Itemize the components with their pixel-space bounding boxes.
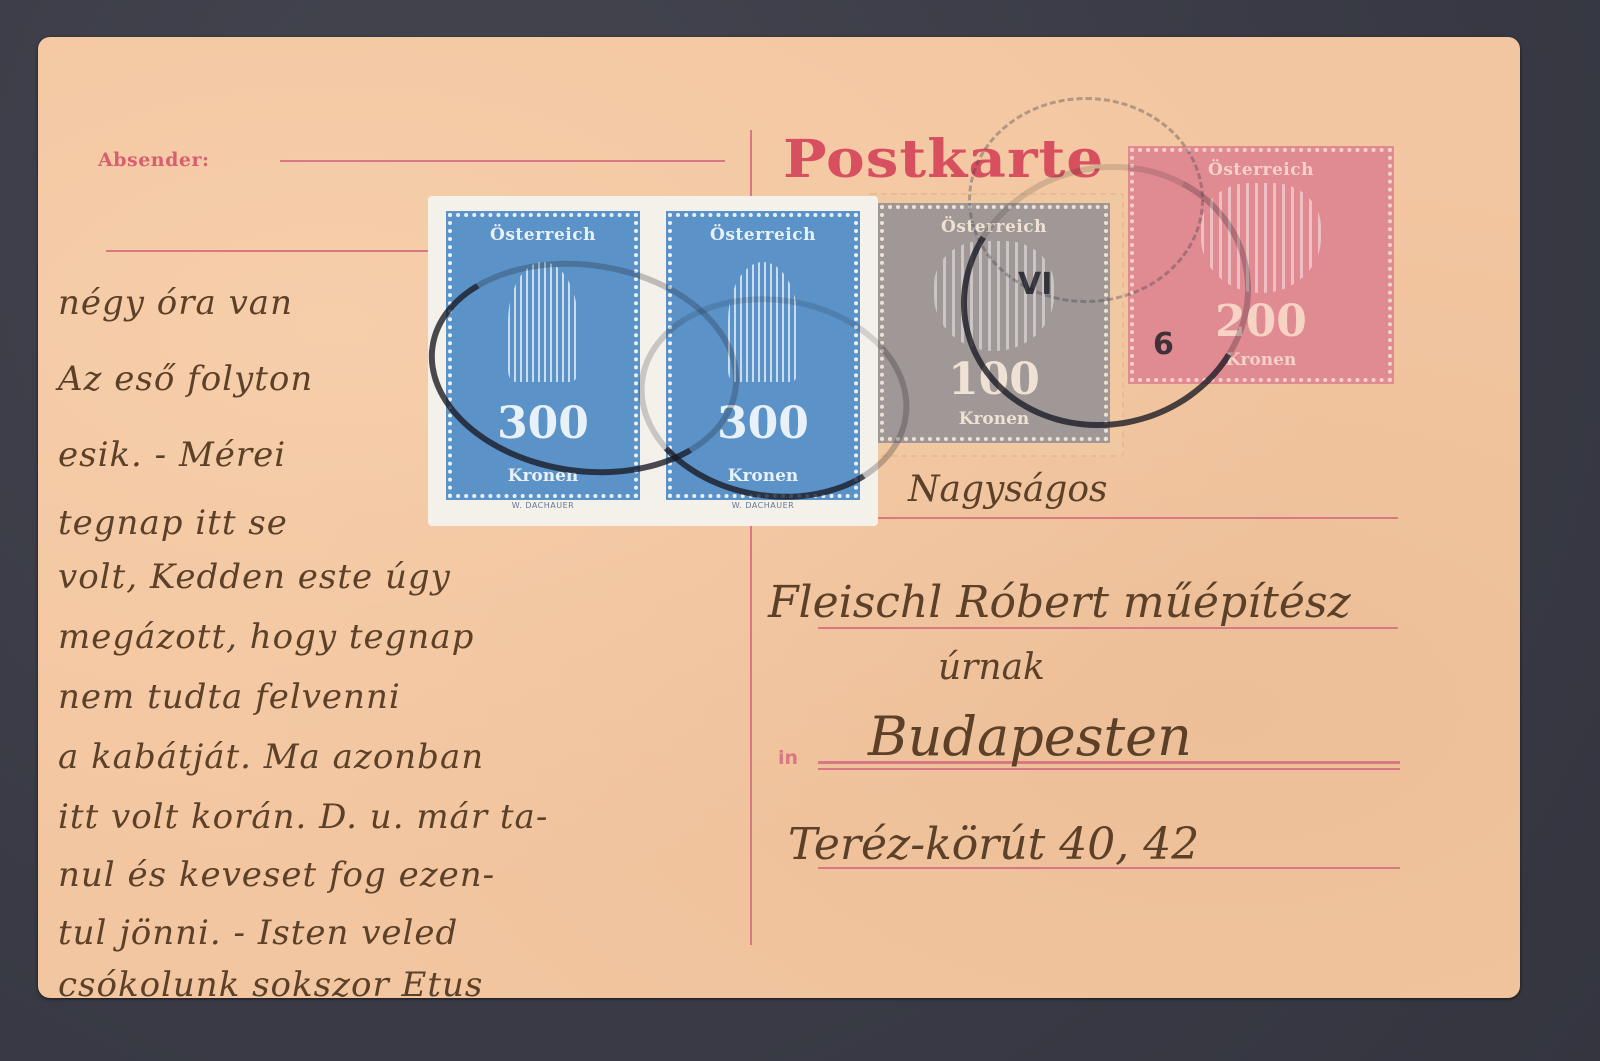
stamp-currency: Kronen	[1226, 350, 1297, 370]
postmark-date: VI	[1018, 267, 1052, 302]
message-line: volt, Kedden este úgy	[58, 557, 451, 597]
address-salutation: Nagyságos	[908, 469, 1107, 510]
address-line-1	[818, 517, 1398, 519]
stamp-printer: W. DACHAUER	[732, 501, 794, 510]
message-line: a kabátját. Ma azonban	[58, 737, 484, 777]
place-prefix: in	[778, 747, 798, 769]
message-line: Az eső folyton	[58, 359, 313, 399]
stamp-country: Österreich	[710, 225, 816, 245]
stamp-printer: W. DACHAUER	[512, 501, 574, 510]
stamp-country: Österreich	[490, 225, 596, 245]
message-line: tegnap itt se	[58, 503, 288, 543]
message-line: nem tudta felvenni	[58, 677, 401, 717]
address-name: Fleischl Róbert műépítész	[768, 577, 1351, 628]
address-city: Budapesten	[868, 705, 1192, 768]
address-line-city-2	[818, 768, 1400, 770]
postmark-digit: 6	[1153, 327, 1174, 362]
message-line: csókolunk sokszor Etus	[58, 965, 483, 1005]
postcard: Absender: Postkarte An in Österreich 200…	[38, 37, 1520, 998]
message-line: tul jönni. - Isten veled	[58, 913, 458, 953]
sender-line-2	[106, 250, 466, 252]
message-line: nul és keveset fog ezen-	[58, 855, 495, 895]
message-line: esik. - Mérei	[58, 435, 286, 475]
stamp-country: Österreich	[1208, 160, 1314, 180]
stamp-currency: Kronen	[959, 409, 1030, 429]
address-title: úrnak	[938, 647, 1045, 688]
sender-label: Absender:	[98, 149, 210, 171]
message-line: megázott, hogy tegnap	[58, 617, 474, 657]
sender-line	[280, 160, 725, 162]
address-street: Teréz-körút 40, 42	[788, 819, 1199, 870]
message-line: itt volt korán. D. u. már ta-	[58, 797, 548, 837]
message-line: négy óra van	[58, 283, 293, 323]
